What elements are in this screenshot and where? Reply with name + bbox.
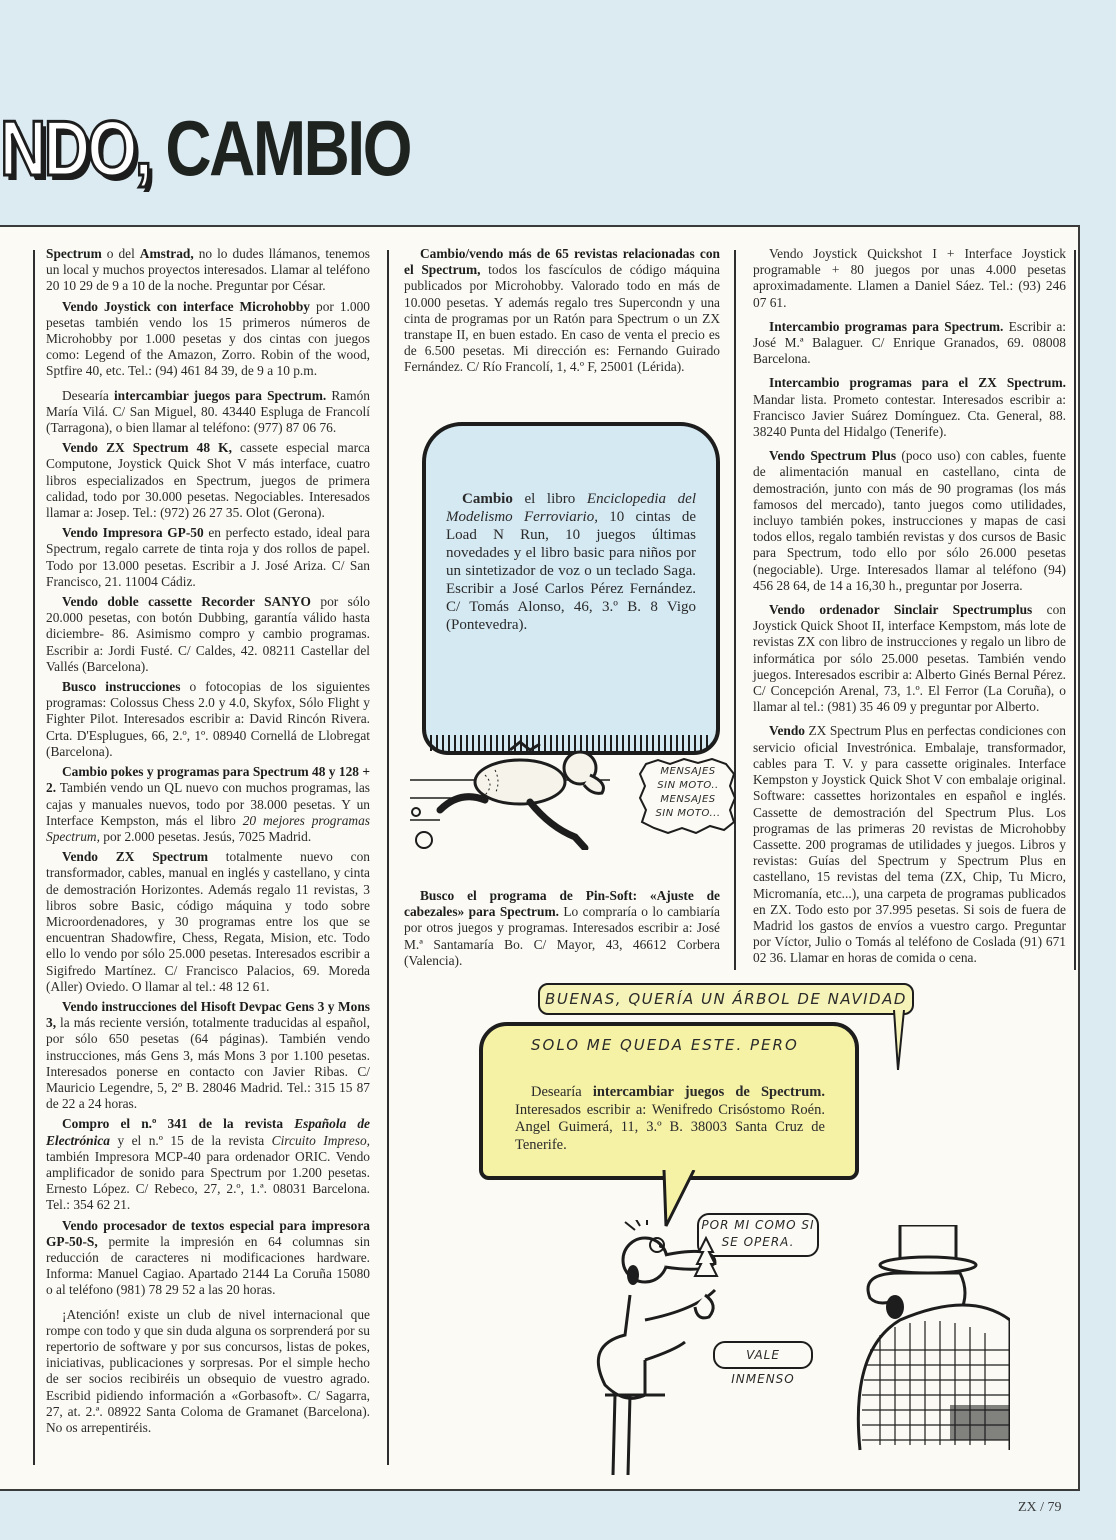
classified-ad: Intercambio programas para Spectrum. Esc… — [753, 319, 1066, 368]
speech-bubble-yellow: SOLO ME QUEDA ESTE. PERO Desearía interc… — [479, 1022, 859, 1180]
running-character-illustration — [410, 740, 630, 850]
classified-ad: Vendo procesador de textos especial para… — [46, 1218, 370, 1299]
page-number: ZX / 79 — [1018, 1500, 1062, 1516]
classified-ad: Cambio pokes y programas para Spectrum 4… — [46, 764, 370, 845]
classified-ad: Compro el n.º 341 de la revista Española… — [46, 1116, 370, 1213]
column-rule-1 — [387, 250, 389, 1465]
classified-ad: Spectrum o del Amstrad, no lo dudes llám… — [46, 246, 370, 295]
page-title: NDO, CAMBIO — [0, 108, 410, 188]
cartoon-bubble-ad: Cambio el libro Enciclopedia del Modelis… — [422, 422, 720, 755]
speech-handwritten-text: SOLO ME QUEDA ESTE. PERO — [531, 1036, 799, 1054]
column-rule-2 — [734, 250, 736, 970]
column-rule-right — [1074, 250, 1076, 970]
classified-ad: Desearía intercambiar juegos de Spectrum… — [515, 1084, 825, 1154]
classified-ad: Vendo instrucciones del Hisoft Devpac Ge… — [46, 999, 370, 1112]
classified-ad: Vendo ZX Spectrum Plus en perfectas cond… — [753, 723, 1066, 966]
seller-character-illustration — [585, 1220, 745, 1480]
classified-ad: Intercambio programas para el ZX Spectru… — [753, 375, 1066, 440]
speech-bubble-top: BUENAS, QUERÍA UN ÁRBOL DE NAVIDAD — [538, 983, 914, 1015]
speech-tail — [892, 1010, 908, 1070]
classified-ad: Vendo Joystick con interface Microhobby … — [46, 299, 370, 380]
classified-ad: Cambio el libro Enciclopedia del Modelis… — [446, 490, 696, 634]
column-2: Cambio/vendo más de 65 revistas relacion… — [404, 246, 720, 380]
classified-ad: Cambio/vendo más de 65 revistas relacion… — [404, 246, 720, 376]
classified-ad: Vendo doble cassette Recorder SANYO por … — [46, 594, 370, 675]
classified-ad: Busco el programa de Pin-Soft: «Ajuste d… — [404, 888, 720, 969]
classified-ad: Desearía intercambiar juegos para Spectr… — [46, 388, 370, 437]
classified-ad: Vendo Joystick Quickshot I + Interface J… — [753, 246, 1066, 311]
classified-ad: Vendo Impresora GP-50 en perfecto estado… — [46, 525, 370, 590]
classified-ad: ¡Atención! existe un club de nivel inter… — [46, 1307, 370, 1437]
title-outline-part: NDO, — [0, 104, 150, 192]
title-solid-part: CAMBIO — [150, 104, 410, 192]
classified-ad: Vendo ZX Spectrum 48 K, cassete especial… — [46, 440, 370, 521]
classified-ad: Vendo Spectrum Plus (poco uso) con cable… — [753, 448, 1066, 594]
classified-ad: Vendo ordenador Sinclair Spectrumplus co… — [753, 602, 1066, 715]
classified-ad: Vendo ZX Spectrum totalmente nuevo con t… — [46, 849, 370, 995]
column-2-lower: Busco el programa de Pin-Soft: «Ajuste d… — [404, 888, 720, 973]
column-3: Vendo Joystick Quickshot I + Interface J… — [753, 246, 1066, 971]
column-1: Spectrum o del Amstrad, no lo dudes llám… — [46, 246, 370, 1440]
column-rule-left — [33, 250, 35, 1465]
shout-text: MENSAJES SIN MOTO.. MENSAJES SIN MOTO... — [648, 765, 728, 827]
classified-ad: Busco instrucciones o fotocopias de los … — [46, 679, 370, 760]
customer-character-illustration — [840, 1225, 1010, 1455]
